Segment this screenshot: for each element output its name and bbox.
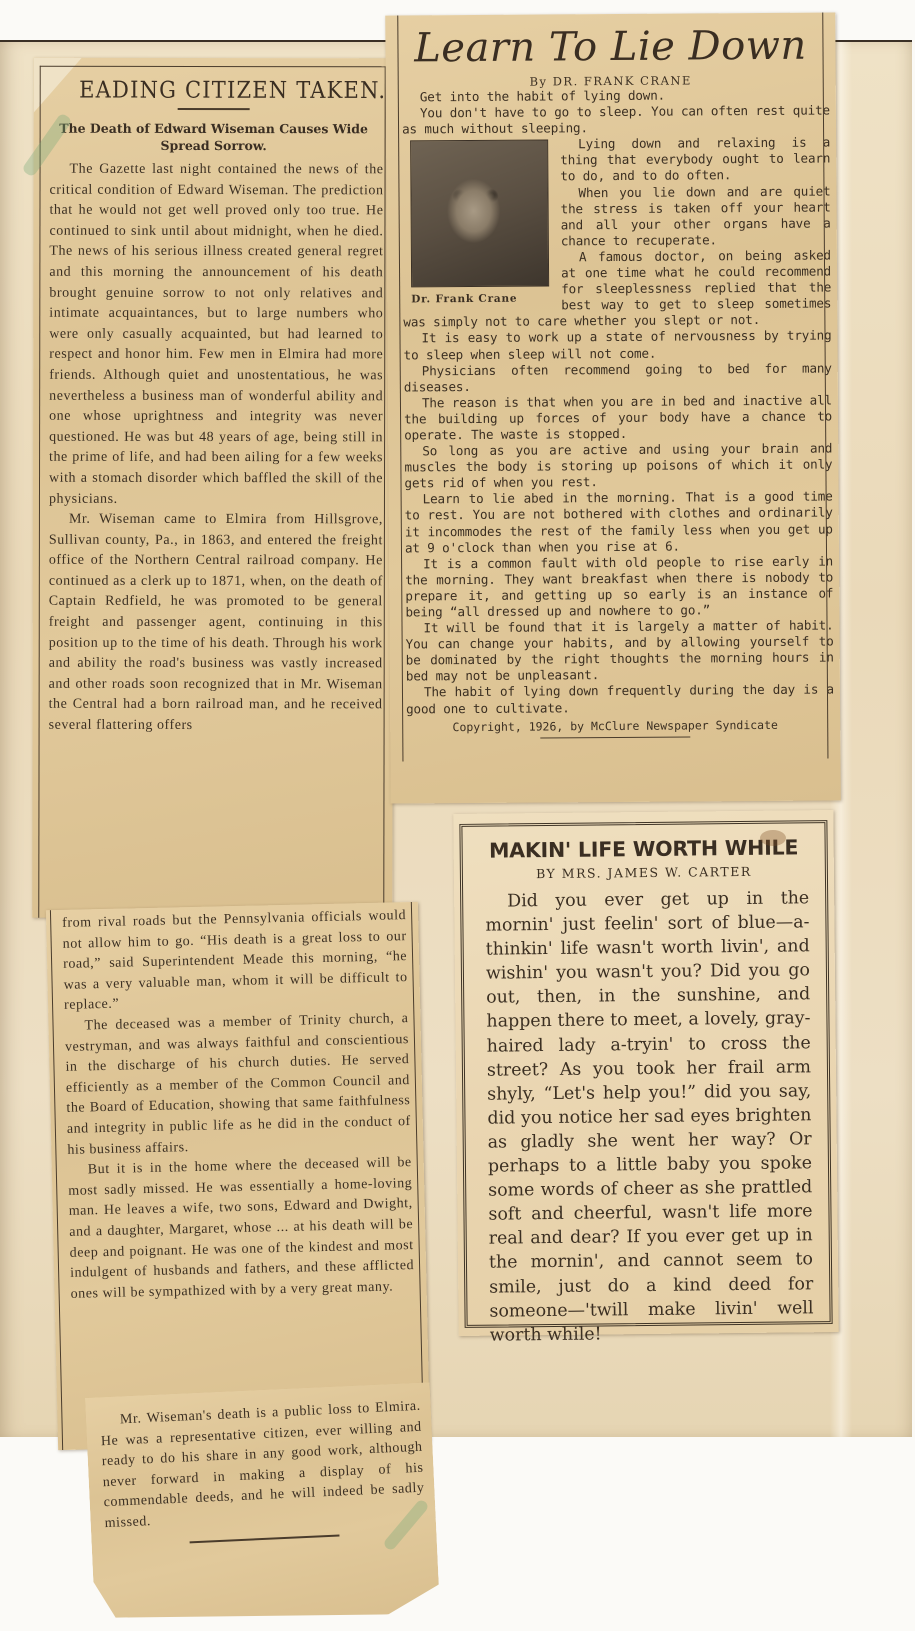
obituary-final-body: Mr. Wiseman's death is a public loss to … bbox=[85, 1382, 436, 1535]
poem-title: MAKIN' LIFE WORTH WHILE bbox=[463, 835, 825, 863]
learn-to-lie-down-clipping: Learn To Lie Down By DR. FRANK CRANE Get… bbox=[385, 12, 840, 803]
obituary-headline: EADING CITIZEN TAKEN. bbox=[72, 77, 394, 104]
poem-paragraph: Did you ever get up in the mornin' just … bbox=[485, 886, 814, 1347]
makin-life-worth-while-clipping: MAKIN' LIFE WORTH WHILE BY MRS. JAMES W.… bbox=[453, 810, 838, 1336]
end-rule bbox=[189, 1534, 339, 1543]
clipping-border bbox=[397, 13, 828, 762]
clipping-border bbox=[50, 902, 424, 1450]
obituary-continuation-clipping: from rival roads but the Pennsylvania of… bbox=[46, 902, 430, 1450]
obituary-final-clipping: Mr. Wiseman's death is a public loss to … bbox=[85, 1382, 440, 1627]
poem-body: Did you ever get up in the mornin' just … bbox=[463, 886, 830, 1348]
poem-byline: BY MRS. JAMES W. CARTER bbox=[463, 863, 825, 882]
obituary-clipping: EADING CITIZEN TAKEN. The Death of Edwar… bbox=[32, 58, 394, 919]
clipping-border bbox=[38, 66, 385, 919]
obituary-paragraph: Mr. Wiseman's death is a public loss to … bbox=[100, 1397, 426, 1535]
double-border-frame: MAKIN' LIFE WORTH WHILE BY MRS. JAMES W.… bbox=[459, 820, 832, 1328]
